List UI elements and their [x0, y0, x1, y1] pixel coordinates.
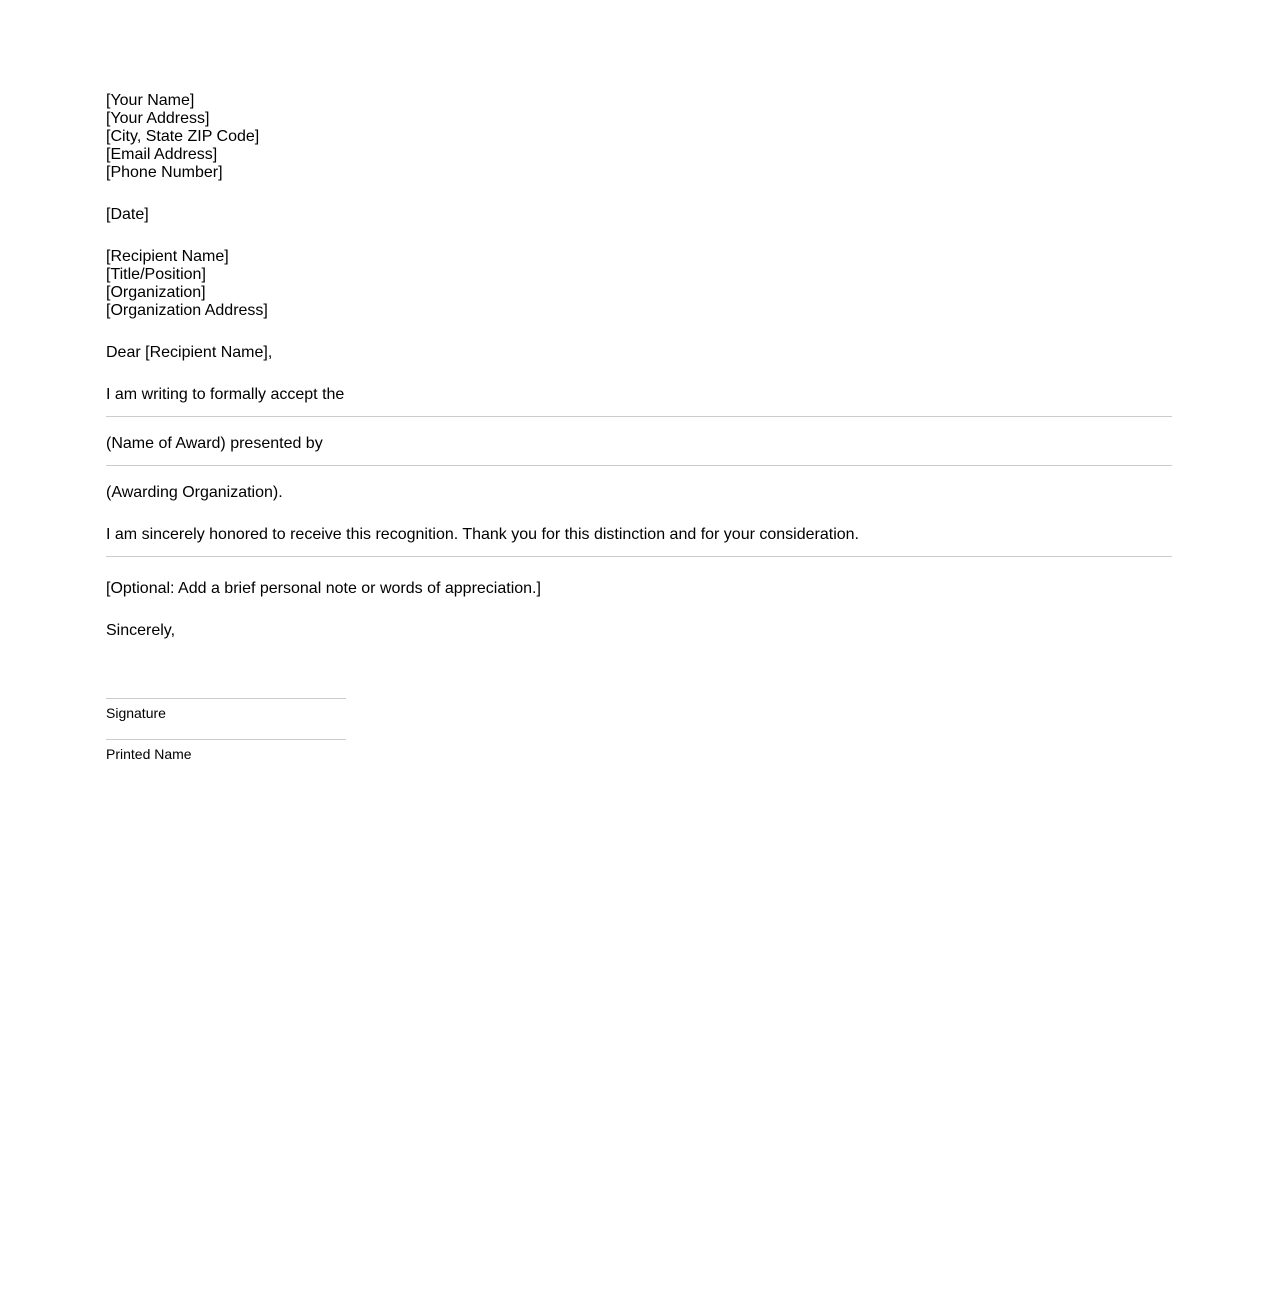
closing: Sincerely,	[106, 622, 1172, 640]
sender-name: [Your Name]	[106, 92, 1172, 110]
body-line-awarding-organization: (Awarding Organization).	[106, 484, 1172, 502]
recipient-organization-address: [Organization Address]	[106, 302, 1172, 320]
letter-page: [Your Name] [Your Address] [City, State …	[106, 92, 1172, 762]
body-line-accept: I am writing to formally accept the	[106, 386, 1172, 404]
recipient-block: [Recipient Name] [Title/Position] [Organ…	[106, 248, 1172, 320]
body-paragraph-thanks: I am sincerely honored to receive this r…	[106, 526, 1172, 544]
body-line-award-name: (Name of Award) presented by	[106, 435, 1172, 453]
sender-address: [Your Address]	[106, 110, 1172, 128]
optional-note: [Optional: Add a brief personal note or …	[106, 580, 1172, 598]
recipient-title: [Title/Position]	[106, 266, 1172, 284]
signature-label: Signature	[106, 705, 1172, 721]
printed-name-label: Printed Name	[106, 746, 1172, 762]
sender-block: [Your Name] [Your Address] [City, State …	[106, 92, 1172, 182]
recipient-name: [Recipient Name]	[106, 248, 1172, 266]
sender-phone: [Phone Number]	[106, 164, 1172, 182]
sender-city-state-zip: [City, State ZIP Code]	[106, 128, 1172, 146]
sender-email: [Email Address]	[106, 146, 1172, 164]
salutation: Dear [Recipient Name],	[106, 344, 1172, 362]
letter-date: [Date]	[106, 206, 1172, 224]
recipient-organization: [Organization]	[106, 284, 1172, 302]
